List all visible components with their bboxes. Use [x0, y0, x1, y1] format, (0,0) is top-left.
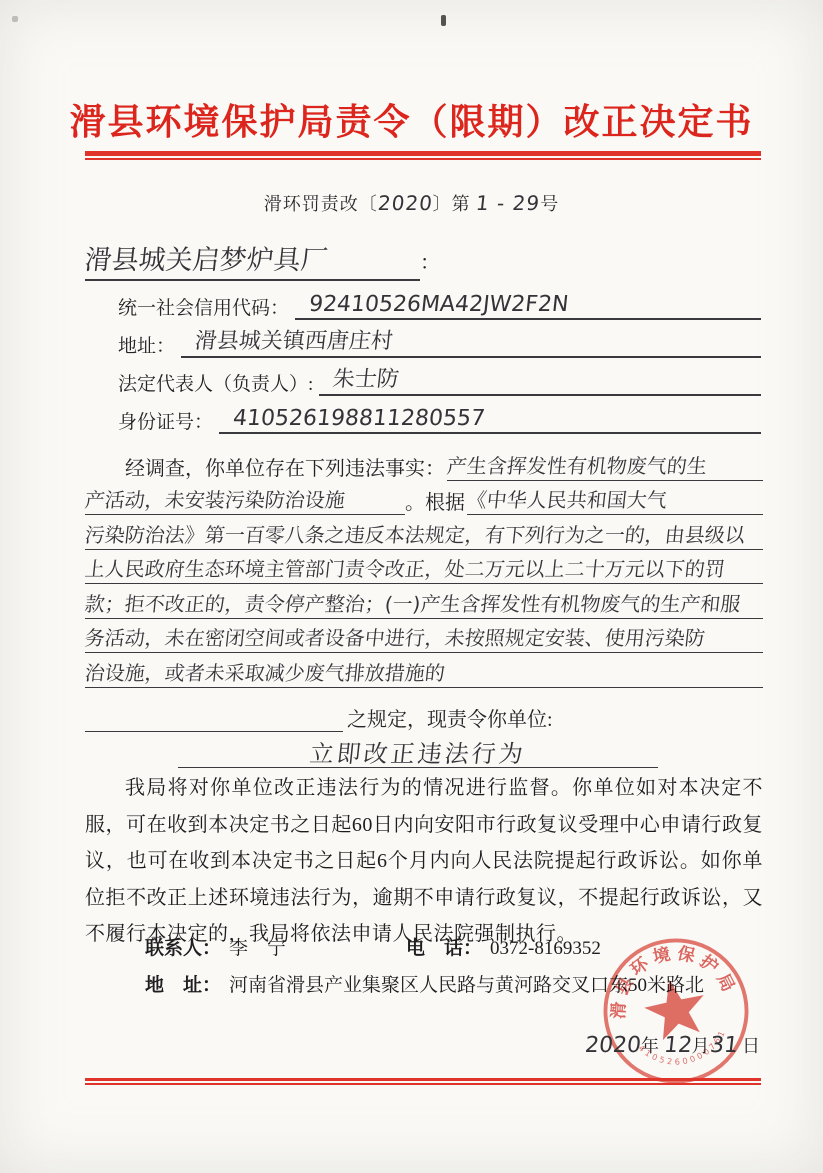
facts-mid-print: 。根据	[405, 486, 467, 515]
id-number-label: 身份证号：	[118, 407, 219, 434]
id-number-row: 身份证号： 410526198811280557	[118, 396, 761, 434]
order-lead-text: 之规定，现责令你单位:	[343, 703, 553, 732]
address-handwritten: 滑县城关镇西唐庄村	[193, 324, 394, 355]
facts-line5-text: 款；拒不改正的，责令停产整治；(一)产生含挥发性有机物废气的生产和服	[83, 588, 742, 617]
facts-line3-text: 污染防治法》第一百零八条之违反本法规定，有下列行为之一的，由县级以	[83, 519, 746, 548]
order-content-underline: 立即改正违法行为	[178, 734, 658, 768]
recipient-name-colon: ：	[420, 252, 440, 274]
facts-line-3: 污染防治法》第一百零八条之违反本法规定，有下列行为之一的，由县级以	[85, 515, 763, 550]
title-divider-rule	[85, 151, 761, 160]
scan-speck	[441, 15, 446, 26]
docno-number-handwritten: 1 - 29	[475, 191, 542, 215]
docno-prefix: 滑环罚责改〔	[264, 194, 378, 214]
contact-person-value: 李 宁	[221, 933, 286, 960]
facts-line7-text: 治设施，或者未采取减少废气排放措施的	[83, 657, 446, 686]
date-month-unit: 月	[692, 1036, 710, 1056]
facts-line4-text: 上人民政府生态环境主管部门责令改正，处二万元以上二十万元以下的罚	[83, 553, 726, 582]
facts-line-6: 务活动，未在密闭空间或者设备中进行，未按照规定安装、使用污染防	[85, 619, 763, 654]
facts-line7-underline: 治设施，或者未采取减少废气排放措施的	[85, 657, 763, 688]
facts-line5-underline: 款；拒不改正的，责令停产整治；(一)产生含挥发性有机物废气的生产和服	[85, 588, 763, 619]
date-year-handwritten: 2020	[584, 1033, 643, 1058]
legal-rep-handwritten: 朱士防	[332, 362, 401, 393]
facts-line-7: 治设施，或者未采取减少废气排放措施的	[85, 653, 763, 688]
contact-address-label: 地 址：	[145, 970, 221, 997]
legal-rep-row: 法定代表人（负责人）: 朱士防	[118, 358, 761, 396]
credit-code-row: 统一社会信用代码： 92410526MA42JW2F2N	[118, 282, 761, 320]
contact-person-label: 联系人：	[145, 933, 221, 960]
facts-line3-underline: 污染防治法》第一百零八条之违反本法规定，有下列行为之一的，由县级以	[85, 519, 763, 550]
legal-rep-label: 法定代表人（负责人）:	[118, 369, 319, 396]
facts-handwritten-seg2: 产活动，未安装污染防治设施	[85, 484, 405, 515]
date-month-handwritten: 12	[662, 1033, 693, 1058]
violation-facts-block: 经调查，你单位存在下列违法事实： 产生含挥发性有机物废气的生 产活动，未安装污染…	[85, 446, 763, 688]
docno-close: 〕第	[433, 194, 471, 214]
facts-line-2: 产活动，未安装污染防治设施 。根据 《中华人民共和国大气	[85, 481, 763, 516]
date-year-unit: 年	[641, 1036, 659, 1056]
footer-divider-rule	[85, 1078, 761, 1085]
address-label: 地址：	[118, 331, 181, 358]
legal-rep-value-underline: 朱士防	[319, 362, 761, 396]
recipient-name-underline: 滑县城关启梦炉具厂	[85, 238, 420, 281]
facts-seg1-text: 产生含挥发性有机物废气的生	[445, 450, 708, 479]
id-number-value-underline: 410526198811280557	[219, 406, 761, 434]
id-number-handwritten: 410526198811280557	[232, 406, 487, 431]
facts-lead: 经调查，你单位存在下列违法事实：	[125, 452, 447, 481]
credit-code-value-underline: 92410526MA42JW2F2N	[295, 292, 761, 320]
facts-line4-underline: 上人民政府生态环境主管部门责令改正，处二万元以上二十万元以下的罚	[85, 553, 763, 584]
order-handwritten: 立即改正违法行为	[308, 734, 528, 769]
facts-seg2-text: 产活动，未安装污染防治设施	[83, 484, 346, 513]
scanned-document-page: 滑县环境保护局责令（限期）改正决定书 滑环罚责改〔2020〕第 1 - 29号 …	[0, 0, 823, 1173]
document-title: 滑县环境保护局责令（限期）改正决定书	[0, 94, 823, 145]
order-blank-underline	[85, 731, 343, 732]
recipient-name-handwritten: 滑县城关启梦炉具厂	[83, 238, 330, 277]
contact-phone-label: 电 话：	[406, 933, 482, 960]
facts-line6-text: 务活动，未在密闭空间或者设备中进行，未按照规定安装、使用污染防	[83, 622, 706, 651]
docno-suffix: 号	[540, 194, 559, 214]
issue-date: 2020年 12月31 日	[585, 1032, 775, 1058]
facts-line-4: 上人民政府生态环境主管部门责令改正，处二万元以上二十万元以下的罚	[85, 550, 763, 585]
order-lead-row: 之规定，现责令你单位:	[85, 700, 763, 732]
address-value-underline: 滑县城关镇西唐庄村	[181, 324, 761, 358]
address-row: 地址： 滑县城关镇西唐庄村	[118, 320, 761, 358]
facts-seg3-text: 《中华人民共和国大气	[465, 484, 668, 513]
facts-line6-underline: 务活动，未在密闭空间或者设备中进行，未按照规定安装、使用污染防	[85, 622, 763, 653]
docno-year-handwritten: 2020	[376, 191, 433, 215]
scan-speck	[12, 16, 18, 22]
date-day-unit: 日	[742, 1036, 760, 1056]
facts-line-1: 经调查，你单位存在下列违法事实： 产生含挥发性有机物废气的生	[85, 446, 763, 481]
date-day-handwritten: 31	[708, 1033, 739, 1058]
document-number: 滑环罚责改〔2020〕第 1 - 29号	[0, 190, 823, 216]
facts-line-5: 款；拒不改正的，责令停产整治；(一)产生含挥发性有机物废气的生产和服	[85, 584, 763, 619]
facts-handwritten-seg1: 产生含挥发性有机物废气的生	[447, 450, 763, 481]
facts-handwritten-seg3: 《中华人民共和国大气	[467, 484, 763, 515]
recipient-name-row: 滑县城关启梦炉具厂：	[85, 238, 465, 281]
credit-code-label: 统一社会信用代码：	[118, 293, 295, 320]
recipient-fields: 统一社会信用代码： 92410526MA42JW2F2N 地址： 滑县城关镇西唐…	[118, 282, 761, 434]
credit-code-handwritten: 92410526MA42JW2F2N	[308, 292, 570, 317]
